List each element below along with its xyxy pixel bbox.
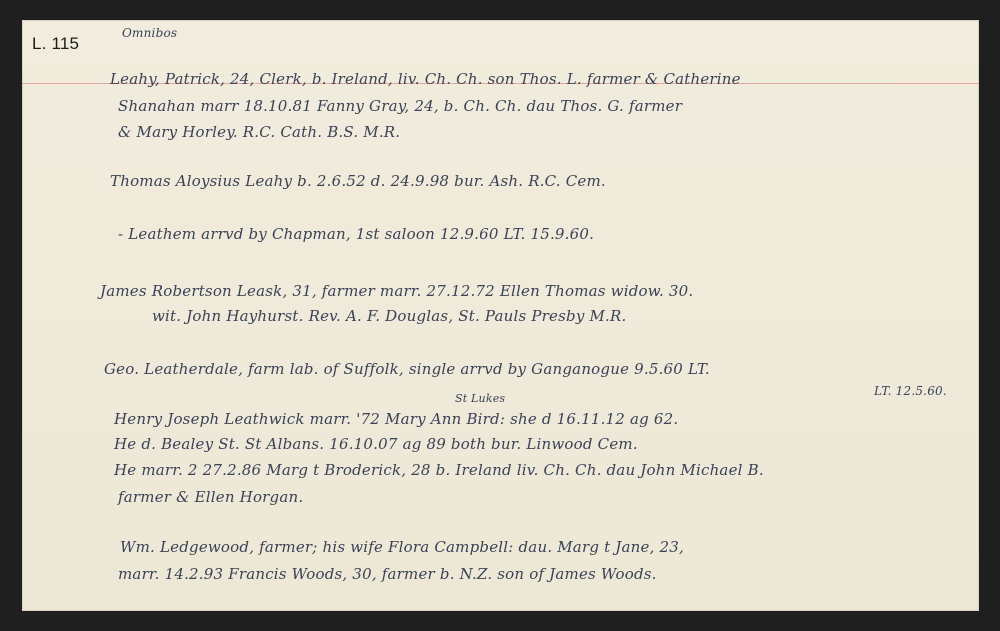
entry-5-line-2: LT. 12.5.60.: [874, 384, 947, 398]
entry-4-line-2: wit. John Hayhurst. Rev. A. F. Douglas, …: [152, 307, 626, 325]
entry-4-line-1: James Robertson Leask, 31, farmer marr. …: [100, 282, 693, 300]
card-heading: Omnibos: [122, 26, 177, 40]
entry-6-line-1: Henry Joseph Leathwick marr. '72 Mary An…: [114, 410, 678, 428]
index-card: L. 115 Omnibos Leahy, Patrick, 24, Clerk…: [22, 20, 979, 611]
entry-7-line-2: marr. 14.2.93 Francis Woods, 30, farmer …: [118, 565, 657, 583]
entry-5-line-1: Geo. Leatherdale, farm lab. of Suffolk, …: [104, 360, 710, 378]
entry-1-line-1: Leahy, Patrick, 24, Clerk, b. Ireland, l…: [110, 70, 741, 88]
entry-6-line-2: He d. Bealey St. St Albans. 16.10.07 ag …: [114, 435, 638, 453]
entry-6-line-4: farmer & Ellen Horgan.: [118, 488, 303, 506]
entry-7-line-1: Wm. Ledgewood, farmer; his wife Flora Ca…: [120, 538, 684, 556]
entry-6-line-3: He marr. 2 27.2.86 Marg t Broderick, 28 …: [114, 461, 764, 479]
entry-1-line-3: & Mary Horley. R.C. Cath. B.S. M.R.: [118, 123, 400, 141]
entry-1-line-2: Shanahan marr 18.10.81 Fanny Gray, 24, b…: [118, 97, 682, 115]
card-reference-number: L. 115: [32, 34, 79, 54]
entry-3-line-1: - Leathem arrvd by Chapman, 1st saloon 1…: [118, 225, 594, 243]
entry-2-line-1: Thomas Aloysius Leahy b. 2.6.52 d. 24.9.…: [110, 172, 606, 190]
entry-6-superscript: St Lukes: [455, 392, 505, 405]
